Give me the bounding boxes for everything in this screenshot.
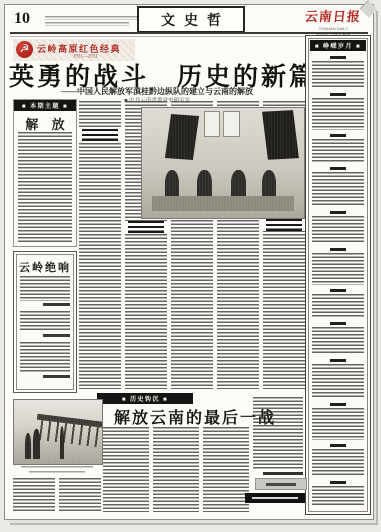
timeline-date-marker	[330, 444, 346, 447]
quote-text	[20, 342, 70, 374]
timeline-date-marker	[330, 322, 346, 325]
timeline-entry-text	[312, 327, 364, 355]
article-subhead-3	[263, 219, 305, 231]
timeline-entry-text	[312, 449, 364, 477]
timeline-entry	[312, 134, 364, 164]
timeline-entry	[312, 403, 364, 440]
topic-body-text	[18, 132, 72, 242]
article-column-1	[79, 101, 121, 389]
timeline-entry-text	[312, 253, 364, 285]
hammer-sickle-icon: ☭	[16, 41, 33, 58]
section-title: 文史哲	[152, 10, 230, 30]
bridge-photo	[13, 399, 103, 465]
timeline-entry-text	[312, 172, 364, 207]
quote-text	[20, 276, 70, 301]
timeline-entry	[312, 248, 364, 285]
timeline-entry	[312, 56, 364, 89]
timeline-date-marker	[330, 359, 346, 362]
section-title-box: 文史哲	[137, 6, 245, 33]
credit-box-gray	[255, 478, 307, 490]
timeline-title: ■ 峥嵘岁月 ■	[315, 41, 361, 50]
history-column-2	[153, 427, 199, 512]
history-column-3	[203, 427, 249, 512]
article-subhead-2	[125, 221, 167, 233]
author-attribution-line	[263, 472, 303, 475]
timeline-date-marker	[330, 167, 346, 170]
photo-grain	[142, 108, 304, 218]
timeline-date-marker	[330, 134, 346, 137]
newspaper-scan: 10 文史哲 云南日报 YUNNAN DAILY 2011年7月5日 星期二 ☭…	[0, 0, 381, 532]
timeline-entry	[312, 322, 364, 355]
history-column-1	[103, 427, 149, 512]
history-column-left-2	[59, 478, 101, 512]
quote-box: 云岭绝响	[13, 251, 77, 393]
timeline-date-marker	[330, 248, 346, 251]
timeline-entries	[312, 56, 364, 508]
contact-info-line	[45, 22, 129, 26]
timeline-entry	[312, 93, 364, 130]
topic-box: ■ 本期主题 ■ 解 放	[13, 99, 77, 247]
photo-caption-line	[21, 466, 93, 469]
timeline-date-marker	[330, 211, 346, 214]
timeline-date-marker	[330, 56, 346, 59]
quote-group	[20, 342, 70, 379]
timeline-entry-text	[312, 364, 364, 399]
timeline-date-marker	[330, 403, 346, 406]
topic-label-bar: ■ 本期主题 ■	[14, 100, 76, 111]
topic-label: ■ 本期主题 ■	[22, 101, 68, 110]
timeline-entry-text	[312, 61, 364, 89]
page-number: 10	[14, 10, 30, 28]
header-rule	[10, 32, 368, 34]
masthead-title: 云南日报	[304, 6, 362, 25]
history-column-left-1	[13, 478, 55, 512]
timeline-entry-text	[312, 139, 364, 164]
timeline-entry	[312, 359, 364, 399]
topic-title: 解 放	[14, 114, 76, 133]
timeline-entry-text	[312, 408, 364, 440]
timeline-entry	[312, 481, 364, 509]
masthead-english: YUNNAN DAILY	[318, 28, 347, 30]
editor-info-line	[45, 16, 137, 20]
timeline-entry	[312, 444, 364, 477]
quote-box-title: 云岭绝响	[14, 259, 76, 275]
photo-caption-line	[29, 471, 85, 474]
timeline-entry-text	[312, 294, 364, 319]
quote-group	[20, 276, 70, 306]
photo-grain	[14, 400, 102, 464]
history-label-bar: ■ 历史钩沉 ■	[97, 393, 193, 404]
quote-attribution	[43, 375, 71, 378]
article-subhead-1	[79, 129, 121, 142]
quote-attribution	[43, 303, 71, 306]
history-column-4	[253, 397, 303, 469]
quote-text	[20, 311, 70, 332]
quote-attribution	[43, 334, 71, 337]
timeline-entry	[312, 211, 364, 244]
timeline-entry	[312, 289, 364, 319]
timeline-box: ■ 峥嵘岁月 ■	[305, 35, 371, 515]
quote-box-body	[20, 276, 70, 386]
timeline-entry-text	[312, 216, 364, 244]
newspaper-page: 10 文史哲 云南日报 YUNNAN DAILY 2011年7月5日 星期二 ☭…	[4, 4, 374, 520]
main-article-photo	[141, 107, 305, 219]
timeline-entry	[312, 167, 364, 207]
timeline-entry-text	[312, 486, 364, 507]
timeline-date-marker	[330, 289, 346, 292]
timeline-date-marker	[330, 481, 346, 484]
credit-bar-black	[245, 493, 305, 503]
timeline-date-marker	[330, 93, 346, 96]
history-label: ■ 历史钩沉 ■	[122, 394, 168, 403]
quote-group	[20, 311, 70, 337]
timeline-title-bar: ■ 峥嵘岁月 ■	[310, 40, 366, 51]
timeline-entry-text	[312, 98, 364, 130]
